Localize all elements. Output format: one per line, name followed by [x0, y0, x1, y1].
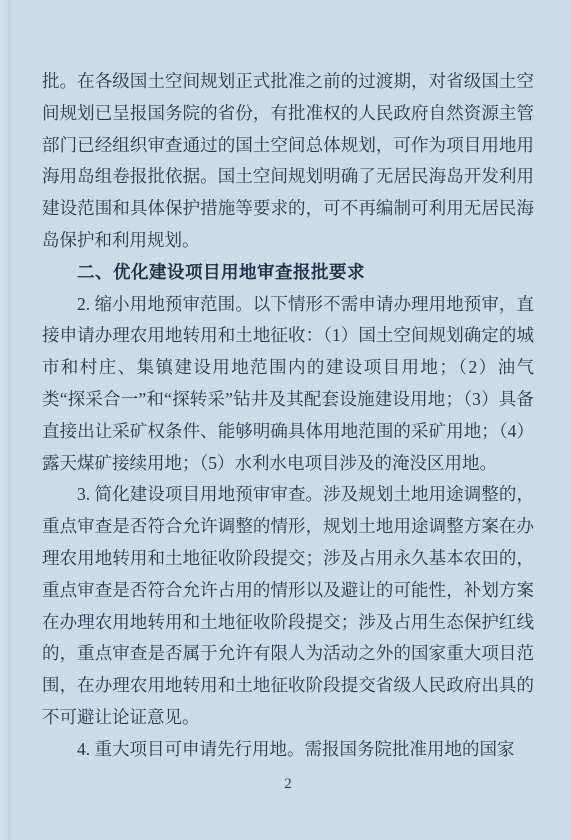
paragraph-item-3: 3. 简化建设项目用地预审审查。涉及规划土地用途调整的，重点审查是否符合允许调整…: [42, 479, 534, 733]
page-number: 2: [42, 773, 534, 795]
document-body: 批。在各级国土空间规划正式批准之前的过渡期，对省级国土空间规划已呈报国务院的省份…: [42, 66, 534, 766]
paragraph-item-4: 4. 重大项目可申请先行用地。需报国务院批准用地的国家: [42, 734, 534, 766]
paragraph-continuation: 批。在各级国土空间规划正式批准之前的过渡期，对省级国土空间规划已呈报国务院的省份…: [42, 66, 534, 257]
section-heading: 二、优化建设项目用地审查报批要求: [42, 257, 534, 289]
document-page: 批。在各级国土空间规划正式批准之前的过渡期，对省级国土空间规划已呈报国务院的省份…: [0, 0, 571, 840]
paragraph-item-2: 2. 缩小用地预审范围。以下情形不需申请办理用地预审，直接申请办理农用地转用和土…: [42, 289, 534, 480]
